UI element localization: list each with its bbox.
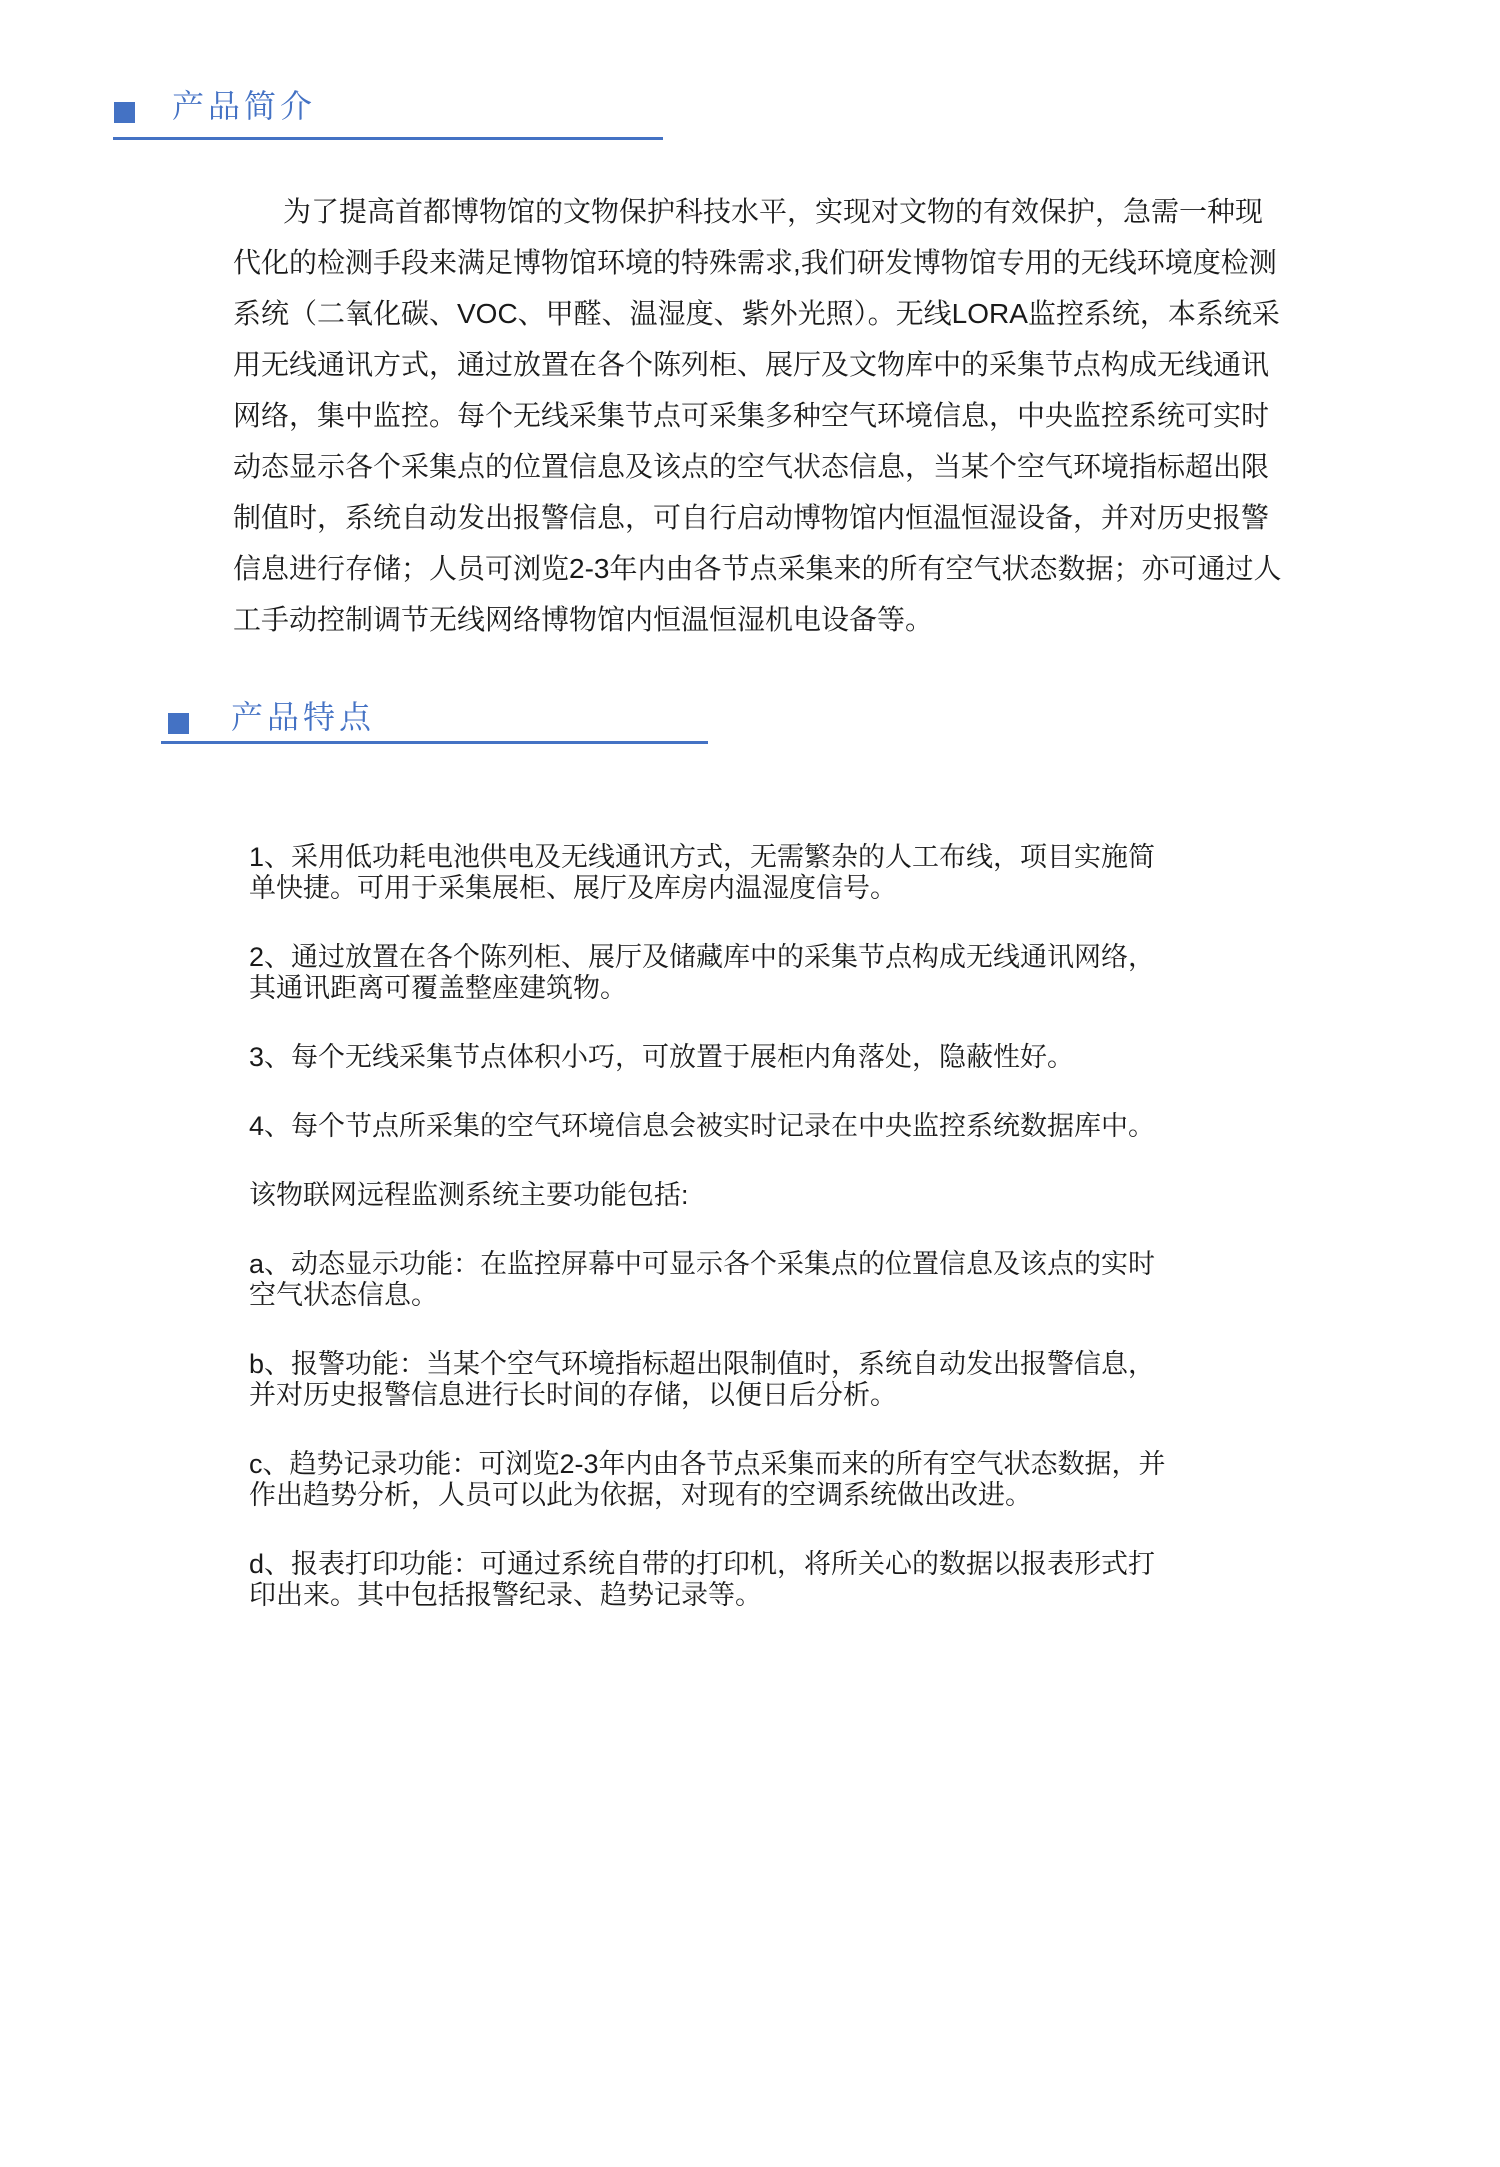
document-page: 产品简介 为了提高首都博物馆的文物保护科技水平，实现对文物的有效保护，急需一种现… [0, 0, 1500, 2167]
heading-underline-intro [113, 137, 663, 140]
paragraph-line: 动态显示各个采集点的位置信息及该点的空气状态信息，当某个空气环境指标超出限 [233, 441, 1281, 492]
feature-line: d、报表打印功能：可通过系统自带的打印机，将所关心的数据以报表形式打 [249, 1549, 1166, 1580]
function-item-b: b、报警功能：当某个空气环境指标超出限制值时，系统自动发出报警信息， 并对历史报… [249, 1349, 1166, 1411]
paragraph-line: 信息进行存储；人员可浏览2-3年内由各节点采集来的所有空气状态数据；亦可通过人 [233, 543, 1281, 594]
function-item-a: a、动态显示功能：在监控屏幕中可显示各个采集点的位置信息及该点的实时 空气状态信… [249, 1249, 1166, 1311]
paragraph-line: 代化的检测手段来满足博物馆环境的特殊需求,我们研发博物馆专用的无线环境度检测 [233, 237, 1281, 288]
section-bullet-square-icon [168, 713, 189, 734]
paragraph-line: 系统（二氧化碳、VOC、甲醛、温湿度、紫外光照）。无线LORA监控系统，本系统采 [233, 288, 1281, 339]
feature-item-3: 3、每个无线采集节点体积小巧，可放置于展柜内角落处，隐蔽性好。 [249, 1042, 1166, 1073]
feature-line: 2、通过放置在各个陈列柜、展厅及储藏库中的采集节点构成无线通讯网络， [249, 942, 1166, 973]
feature-line: 单快捷。可用于采集展柜、展厅及库房内温湿度信号。 [249, 873, 1166, 904]
function-item-c: c、趋势记录功能：可浏览2-3年内由各节点采集而来的所有空气状态数据，并 作出趋… [249, 1449, 1166, 1511]
feature-line: 4、每个节点所采集的空气环境信息会被实时记录在中央监控系统数据库中。 [249, 1111, 1166, 1142]
feature-line: 空气状态信息。 [249, 1280, 1166, 1311]
feature-line: 3、每个无线采集节点体积小巧，可放置于展柜内角落处，隐蔽性好。 [249, 1042, 1166, 1073]
section-title-intro: 产品简介 [172, 87, 316, 125]
feature-line: b、报警功能：当某个空气环境指标超出限制值时，系统自动发出报警信息， [249, 1349, 1166, 1380]
paragraph-line: 用无线通讯方式，通过放置在各个陈列柜、展厅及文物库中的采集节点构成无线通讯 [233, 339, 1281, 390]
feature-line: 作出趋势分析，人员可以此为依据，对现有的空调系统做出改进。 [249, 1480, 1166, 1511]
feature-line: 1、采用低功耗电池供电及无线通讯方式，无需繁杂的人工布线，项目实施简 [249, 842, 1166, 873]
intro-paragraph: 为了提高首都博物馆的文物保护科技水平，实现对文物的有效保护，急需一种现 代化的检… [233, 186, 1281, 645]
function-item-d: d、报表打印功能：可通过系统自带的打印机，将所关心的数据以报表形式打 印出来。其… [249, 1549, 1166, 1611]
section-title-features: 产品特点 [231, 698, 375, 736]
feature-item-1: 1、采用低功耗电池供电及无线通讯方式，无需繁杂的人工布线，项目实施简 单快捷。可… [249, 842, 1166, 904]
features-list: 1、采用低功耗电池供电及无线通讯方式，无需繁杂的人工布线，项目实施简 单快捷。可… [249, 842, 1166, 1611]
feature-line: 印出来。其中包括报警纪录、趋势记录等。 [249, 1580, 1166, 1611]
section-bullet-square-icon [114, 102, 135, 123]
feature-line: 并对历史报警信息进行长时间的存储，以便日后分析。 [249, 1380, 1166, 1411]
heading-underline-features [161, 741, 708, 744]
paragraph-line: 为了提高首都博物馆的文物保护科技水平，实现对文物的有效保护，急需一种现 [233, 186, 1281, 237]
feature-line: 该物联网远程监测系统主要功能包括: [249, 1180, 1166, 1211]
feature-line: c、趋势记录功能：可浏览2-3年内由各节点采集而来的所有空气状态数据，并 [249, 1449, 1166, 1480]
feature-line: 其通讯距离可覆盖整座建筑物。 [249, 973, 1166, 1004]
functions-intro-line: 该物联网远程监测系统主要功能包括: [249, 1180, 1166, 1211]
feature-item-4: 4、每个节点所采集的空气环境信息会被实时记录在中央监控系统数据库中。 [249, 1111, 1166, 1142]
paragraph-line: 工手动控制调节无线网络博物馆内恒温恒湿机电设备等。 [233, 594, 1281, 645]
feature-item-2: 2、通过放置在各个陈列柜、展厅及储藏库中的采集节点构成无线通讯网络， 其通讯距离… [249, 942, 1166, 1004]
paragraph-line: 制值时，系统自动发出报警信息，可自行启动博物馆内恒温恒湿设备，并对历史报警 [233, 492, 1281, 543]
feature-line: a、动态显示功能：在监控屏幕中可显示各个采集点的位置信息及该点的实时 [249, 1249, 1166, 1280]
paragraph-line: 网络，集中监控。每个无线采集节点可采集多种空气环境信息，中央监控系统可实时 [233, 390, 1281, 441]
